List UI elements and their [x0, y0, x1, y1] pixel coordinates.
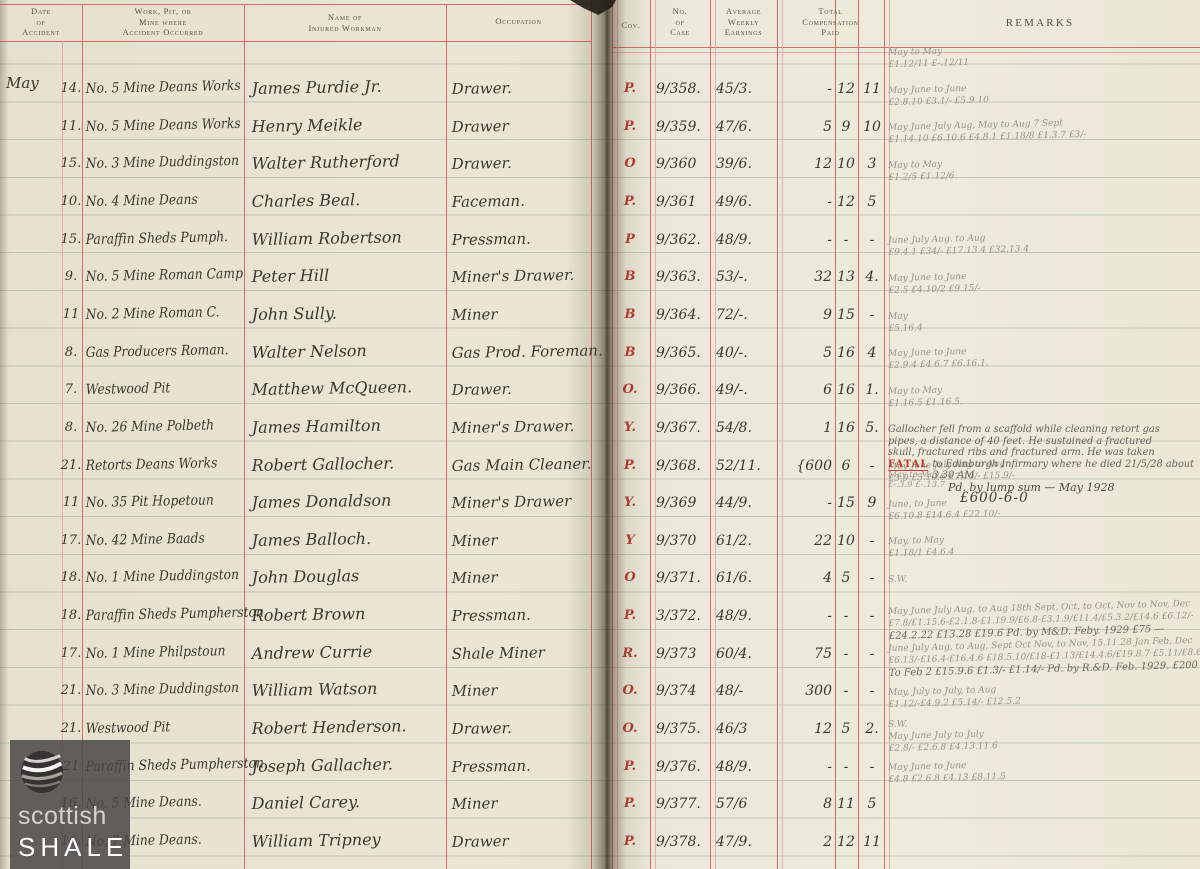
cov-letter: P. [613, 827, 647, 859]
injured-workman-name: Joseph Gallacher. [251, 749, 447, 784]
average-weekly-earnings: 49/6. [716, 187, 774, 219]
work-pit-mine: No. 5 Mine Roman Camp [86, 259, 227, 294]
accident-day: 11. [56, 112, 86, 144]
compensation-pence: 5 [859, 789, 885, 821]
work-pit-mine: No. 4 Mine Deans [86, 184, 227, 219]
case-number: 9/361 [656, 187, 710, 219]
accident-day: 21. [56, 676, 86, 708]
compensation-pounds: 22 [776, 526, 832, 558]
compensation-pence: - [859, 563, 885, 595]
compensation-pounds: 12 [776, 714, 832, 746]
remarks-pencil-note: S.W.May June July to July£2.8/- £2.6.8 £… [888, 712, 1200, 756]
fatal-note-line: to Edinburgh Infirmary where he died 21/… [932, 459, 1200, 482]
injured-workman-name: Peter Hill [251, 259, 447, 294]
compensation-pounds: - [776, 601, 832, 633]
injured-workman-name: Robert Brown [251, 598, 447, 633]
accident-day: 18. [56, 563, 86, 595]
cov-letter: P. [613, 74, 647, 106]
cov-letter: P. [613, 187, 647, 219]
injured-workman-name: Charles Beal. [251, 184, 447, 219]
occupation: Miner's Drawer. [451, 411, 592, 445]
compensation-pence: 4. [859, 262, 885, 294]
compensation-pence: 11 [859, 74, 885, 106]
compensation-shillings: 12 [836, 187, 856, 219]
cov-letter: P. [613, 451, 647, 483]
work-pit-mine: Paraffin Sheds Pumpherston [86, 598, 227, 633]
gutter-top-notch [570, 0, 616, 15]
average-weekly-earnings: 48/9. [716, 752, 774, 784]
accident-day: 8. [56, 338, 86, 370]
ledger-row: 10. No. 4 Mine Deans Charles Beal. Facem… [0, 187, 1200, 219]
compensation-shillings: 15 [836, 488, 856, 520]
compensation-pence: - [859, 601, 885, 633]
injured-workman-name: Andrew Currie [251, 636, 447, 671]
injured-workman-name: John Sully. [251, 297, 447, 332]
remarks-pencil-note: June July Aug, to Aug, Sept Oct Nov, to … [888, 636, 1200, 680]
occupation: Faceman. [451, 185, 592, 219]
compensation-pence: 10 [859, 112, 885, 144]
cov-letter: R. [613, 639, 647, 671]
compensation-pence: 3 [859, 149, 885, 181]
occupation: Miner [451, 674, 592, 708]
injured-workman-name: James Hamilton [251, 410, 447, 445]
compensation-pence: 2. [859, 714, 885, 746]
work-pit-mine: Gas Producers Roman. [86, 335, 227, 370]
header-work-pit-mine: Work, Pit, or Mine where Accident Occurr… [82, 6, 244, 38]
ledger-page: Date of Accident Work, Pit, or Mine wher… [0, 0, 1200, 869]
compensation-pence: 5. [859, 413, 885, 445]
watermark-text-scottish: scottish [18, 802, 107, 831]
case-number: 9/367. [656, 413, 710, 445]
work-pit-mine: No. 1 Mine Philpstoun [86, 636, 227, 671]
case-number: 9/363. [656, 262, 710, 294]
occupation: Drawer. [451, 72, 592, 106]
compensation-shillings: - [836, 601, 856, 633]
remarks-pencil-note: May to May£1.12/11 £-.12/11 [888, 40, 1200, 72]
accident-day: 18. [56, 601, 86, 633]
average-weekly-earnings: 46/3 [716, 714, 774, 746]
case-number: 9/375. [656, 714, 710, 746]
case-number: 9/373 [656, 639, 710, 671]
occupation: Shale Miner [451, 637, 592, 671]
compensation-shillings: 13 [836, 262, 856, 294]
case-number: 9/365. [656, 338, 710, 370]
compensation-pence: 11 [859, 827, 885, 859]
work-pit-mine: No. 26 Mine Polbeth [86, 410, 227, 445]
compensation-pence: - [859, 451, 885, 483]
compensation-pence: - [859, 300, 885, 332]
average-weekly-earnings: 52/11. [716, 451, 774, 483]
average-weekly-earnings: 61/6. [716, 563, 774, 595]
occupation: Pressman. [451, 223, 592, 257]
header-remarks: REMARKS [900, 18, 1180, 29]
average-weekly-earnings: 48/9. [716, 601, 774, 633]
average-weekly-earnings: 53/-. [716, 262, 774, 294]
header-no-of-case: No. of Case [650, 6, 710, 38]
top-rule-left-page [0, 4, 591, 5]
compensation-shillings: 9 [836, 112, 856, 144]
injured-workman-name: Matthew McQueen. [251, 372, 447, 407]
compensation-pounds: 5 [776, 112, 832, 144]
occupation: Drawer. [451, 147, 592, 181]
injured-workman-name: James Balloch. [251, 523, 447, 558]
fatal-pencil-note: May to May £-.3.9 £-.13.7 [888, 470, 945, 490]
injured-workman-name: John Douglas [251, 560, 447, 595]
injured-workman-name: Robert Henderson. [251, 711, 447, 746]
compensation-shillings: 16 [836, 375, 856, 407]
average-weekly-earnings: 39/6. [716, 149, 774, 181]
accident-day: 17. [56, 526, 86, 558]
ledger-row: 16. No. 5 Mine Deans. Daniel Carey. Mine… [0, 789, 1200, 821]
case-number: 9/368. [656, 451, 710, 483]
average-weekly-earnings: 44/9. [716, 488, 774, 520]
occupation: Pressman. [451, 599, 592, 633]
injured-workman-name: Walter Nelson [251, 335, 447, 370]
average-weekly-earnings: 47/6. [716, 112, 774, 144]
occupation: Miner's Drawer [451, 486, 592, 520]
compensation-shillings: 6 [836, 451, 856, 483]
scottish-shale-watermark: scottish SHALE [10, 740, 130, 869]
compensation-shillings: 16 [836, 338, 856, 370]
compensation-shillings: - [836, 225, 856, 257]
average-weekly-earnings: 48/9. [716, 225, 774, 257]
occupation: Gas Main Cleaner. [451, 449, 592, 483]
work-pit-mine: No. 1 Mine Duddingston [86, 560, 227, 595]
injured-workman-name: Walter Rutherford [251, 146, 447, 181]
compensation-pounds: 2 [776, 827, 832, 859]
cov-letter: B [613, 338, 647, 370]
case-number: 9/370 [656, 526, 710, 558]
accident-day: 21. [56, 451, 86, 483]
compensation-pence: - [859, 676, 885, 708]
compensation-pence: - [859, 639, 885, 671]
fatal-note-line: skull, fractured ribs and fractured arm.… [888, 447, 1200, 459]
compensation-shillings: - [836, 676, 856, 708]
case-number: 9/364. [656, 300, 710, 332]
header-date-of-accident: Date of Accident [0, 6, 82, 38]
occupation: Miner's Drawer. [451, 260, 592, 294]
accident-day: 15. [56, 149, 86, 181]
work-pit-mine: No. 42 Mine Baads [86, 523, 227, 558]
injured-workman-name: William Tripney [251, 824, 447, 859]
work-pit-mine: No. 5 Mine Deans Works [86, 71, 227, 106]
case-number: 3/372. [656, 601, 710, 633]
compensation-shillings: 12 [836, 74, 856, 106]
occupation: Miner [451, 298, 592, 332]
work-pit-mine: No. 2 Mine Roman C. [86, 297, 227, 332]
cov-letter: O [613, 149, 647, 181]
average-weekly-earnings: 48/- [716, 676, 774, 708]
compensation-pounds: 4 [776, 563, 832, 595]
average-weekly-earnings: 61/2. [716, 526, 774, 558]
fatal-accident-note: Gallocher fell from a scaffold while cle… [888, 424, 1200, 505]
average-weekly-earnings: 72/-. [716, 300, 774, 332]
compensation-shillings: 12 [836, 827, 856, 859]
average-weekly-earnings: 47/9. [716, 827, 774, 859]
compensation-shillings: 16 [836, 413, 856, 445]
cov-letter: P. [613, 752, 647, 784]
accident-day: 8. [56, 413, 86, 445]
average-weekly-earnings: 45/3. [716, 74, 774, 106]
compensation-pounds: - [776, 225, 832, 257]
fatal-note-line: pipes, a distance of 40 feet. He sustain… [888, 436, 1200, 448]
occupation: Drawer. [451, 373, 592, 407]
cov-letter: O. [613, 676, 647, 708]
compensation-shillings: 10 [836, 526, 856, 558]
work-pit-mine: No. 3 Mine Duddingston [86, 146, 227, 181]
compensation-pence: 5 [859, 187, 885, 219]
case-number: 9/374 [656, 676, 710, 708]
work-pit-mine: No. 35 Pit Hopetoun [86, 485, 227, 520]
compensation-pounds: {600 [776, 451, 832, 483]
average-weekly-earnings: 57/6 [716, 789, 774, 821]
compensation-shillings: - [836, 639, 856, 671]
compensation-shillings: 5 [836, 563, 856, 595]
accident-day: 7. [56, 375, 86, 407]
compensation-pence: - [859, 752, 885, 784]
cov-letter: B [613, 262, 647, 294]
work-pit-mine: Paraffin Sheds Pumph. [86, 222, 227, 257]
compensation-shillings: - [836, 752, 856, 784]
occupation: Drawer [451, 825, 592, 859]
compensation-pounds: 12 [776, 149, 832, 181]
compensation-shillings: 10 [836, 149, 856, 181]
case-number: 9/359. [656, 112, 710, 144]
average-weekly-earnings: 60/4. [716, 639, 774, 671]
cov-letter: P [613, 225, 647, 257]
compensation-pounds: 1 [776, 413, 832, 445]
case-number: 9/360 [656, 149, 710, 181]
accident-day: 14. [56, 74, 86, 106]
header-average-weekly-earnings: Average Weekly Earnings [710, 6, 777, 38]
injured-workman-name: Henry Meikle [251, 109, 447, 144]
compensation-pence: - [859, 526, 885, 558]
compensation-pounds: 75 [776, 639, 832, 671]
cov-letter: Y [613, 526, 647, 558]
compensation-pounds: - [776, 187, 832, 219]
page-left-edge [0, 0, 9, 869]
compensation-shillings: 5 [836, 714, 856, 746]
fatal-settlement-amount: £600-6-0 [960, 493, 1200, 505]
injured-workman-name: Robert Gallocher. [251, 448, 447, 483]
work-pit-mine: No. 3 Mine Duddingston [86, 673, 227, 708]
occupation: Drawer. [451, 712, 592, 746]
compensation-pence: 1. [859, 375, 885, 407]
cov-letter: P. [613, 789, 647, 821]
cov-letter: O. [613, 375, 647, 407]
case-number: 9/378. [656, 827, 710, 859]
occupation: Pressman. [451, 750, 592, 784]
cov-letter: P. [613, 112, 647, 144]
header-cov: Cov. [612, 20, 650, 31]
case-number: 9/371. [656, 563, 710, 595]
cov-letter: Y. [613, 413, 647, 445]
accident-day: 9. [56, 262, 86, 294]
cov-letter: O [613, 563, 647, 595]
case-number: 9/377. [656, 789, 710, 821]
compensation-pounds: - [776, 752, 832, 784]
globe-icon [19, 749, 65, 800]
work-pit-mine: Westwood Pit [86, 372, 227, 407]
compensation-pounds: - [776, 74, 832, 106]
injured-workman-name: William Watson [251, 673, 447, 708]
header-total-compensation-paid: Total Compensation Paid [777, 6, 884, 38]
injured-workman-name: James Donaldson [251, 485, 447, 520]
compensation-pence: 4 [859, 338, 885, 370]
compensation-pounds: 8 [776, 789, 832, 821]
injured-workman-name: William Robertson [251, 222, 447, 257]
compensation-shillings: 15 [836, 300, 856, 332]
compensation-shillings: 11 [836, 789, 856, 821]
injured-workman-name: James Purdie Jr. [251, 71, 447, 106]
average-weekly-earnings: 54/8. [716, 413, 774, 445]
compensation-pounds: 300 [776, 676, 832, 708]
compensation-pence: - [859, 225, 885, 257]
average-weekly-earnings: 40/-. [716, 338, 774, 370]
header-rule-left-page [0, 41, 591, 42]
accident-day: 17. [56, 639, 86, 671]
cov-letter: Y. [613, 488, 647, 520]
fatal-note-line: Gallocher fell from a scaffold while cle… [888, 424, 1200, 436]
work-pit-mine: No. 5 Mine Deans Works [86, 109, 227, 144]
work-pit-mine: Retorts Deans Works [86, 448, 227, 483]
cov-letter: P. [613, 601, 647, 633]
accident-day: 11 [56, 300, 86, 332]
case-number: 9/369 [656, 488, 710, 520]
accident-day: 15. [56, 225, 86, 257]
case-number: 9/376. [656, 752, 710, 784]
compensation-pounds: 9 [776, 300, 832, 332]
cov-letter: B [613, 300, 647, 332]
average-weekly-earnings: 49/-. [716, 375, 774, 407]
accident-day: 11 [56, 488, 86, 520]
compensation-pounds: 5 [776, 338, 832, 370]
occupation: Miner [451, 787, 592, 821]
header-occupation: Occupation [446, 16, 591, 27]
header-name-of-injured-workman: Name of Injured Workman [244, 12, 446, 33]
occupation: Drawer [451, 110, 592, 144]
compensation-pounds: 32 [776, 262, 832, 294]
accident-day: 10. [56, 187, 86, 219]
cov-letter: O. [613, 714, 647, 746]
case-number: 9/358. [656, 74, 710, 106]
occupation: Miner [451, 524, 592, 558]
compensation-pounds: - [776, 488, 832, 520]
occupation: Miner [451, 561, 592, 595]
compensation-pounds: 6 [776, 375, 832, 407]
occupation: Gas Prod. Foreman. [451, 336, 592, 370]
case-number: 9/366. [656, 375, 710, 407]
compensation-pence: 9 [859, 488, 885, 520]
ledger-row: 16. No. 7 Mine Deans. William Tripney Dr… [0, 827, 1200, 859]
case-number: 9/362. [656, 225, 710, 257]
injured-workman-name: Daniel Carey. [251, 786, 447, 821]
watermark-text-shale: SHALE [18, 832, 128, 863]
